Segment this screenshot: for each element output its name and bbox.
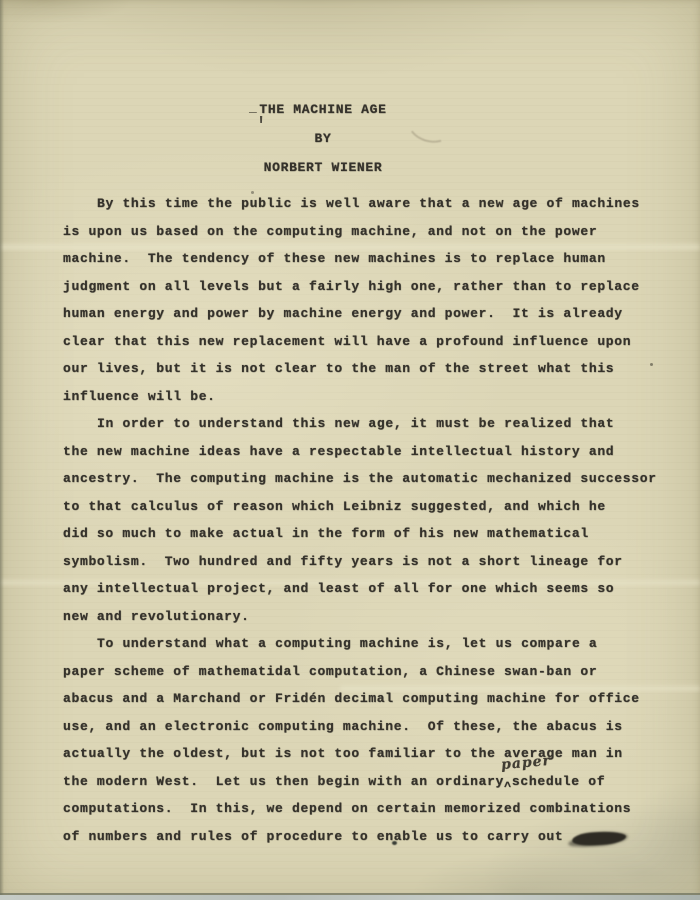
typed-line: symbolism. Two hundred and fifty years i… — [63, 548, 683, 576]
ink-speck — [650, 363, 653, 366]
document-title: THE MACHINE AGE — [0, 95, 646, 124]
typed-line: paper scheme of mathematidal computation… — [63, 658, 683, 686]
typed-line: our lives, but it is not clear to the ma… — [63, 355, 683, 383]
typed-text: of numbers and rules of procedure to ena… — [63, 829, 572, 844]
typed-line: clear that this new replacement will hav… — [63, 328, 683, 356]
byline: BY — [0, 124, 646, 153]
typed-line: is upon us based on the computing machin… — [63, 218, 683, 246]
typed-line: abacus and a Marchand or Fridén decimal … — [63, 685, 683, 713]
typed-line: human energy and power by machine energy… — [63, 300, 683, 328]
typed-line: judgment on all levels but a fairly high… — [63, 273, 683, 301]
manuscript-page: _ ' THE MACHINE AGE BY NORBERT WIENER By… — [0, 0, 700, 900]
typed-line: new and revolutionary. — [63, 603, 683, 631]
scan-edge-left — [0, 0, 4, 900]
typed-line-with-strikeout: of numbers and rules of procedure to ena… — [63, 823, 683, 851]
typed-line: any intellectual project, and least of a… — [63, 575, 683, 603]
ink-speck — [392, 841, 397, 845]
caret-insertion-mark: ^ — [504, 774, 512, 802]
typed-line: By this time the public is well aware th… — [63, 190, 683, 218]
typed-line: to that calculus of reason which Leibniz… — [63, 493, 683, 521]
typed-text: schedule of — [512, 774, 605, 789]
crossed-out-word: our — [572, 830, 627, 846]
typed-line: did so much to make actual in the form o… — [63, 520, 683, 548]
typed-line: ancestry. The computing machine is the a… — [63, 465, 683, 493]
typed-line: machine. The tendency of these new machi… — [63, 245, 683, 273]
typed-line: actually the oldest, but is not too fami… — [63, 740, 683, 768]
typed-body: By this time the public is well aware th… — [63, 190, 683, 850]
typed-line-with-insertion: the modern West. Let us then begin with … — [63, 768, 683, 796]
typed-line: use, and an electronic computing machine… — [63, 713, 683, 741]
ink-speck — [251, 191, 254, 194]
typed-line: computations. In this, we depend on cert… — [63, 795, 683, 823]
title-block: THE MACHINE AGE BY NORBERT WIENER — [0, 95, 646, 182]
author-name: NORBERT WIENER — [0, 153, 646, 182]
typed-text: the modern West. Let us then begin with … — [63, 774, 504, 789]
typed-line: the new machine ideas have a respectable… — [63, 438, 683, 466]
typed-line: influence will be. — [63, 383, 683, 411]
typed-line: To understand what a computing machine i… — [63, 630, 683, 658]
typed-line: In order to understand this new age, it … — [63, 410, 683, 438]
scan-edge-bottom-strip — [0, 895, 700, 900]
